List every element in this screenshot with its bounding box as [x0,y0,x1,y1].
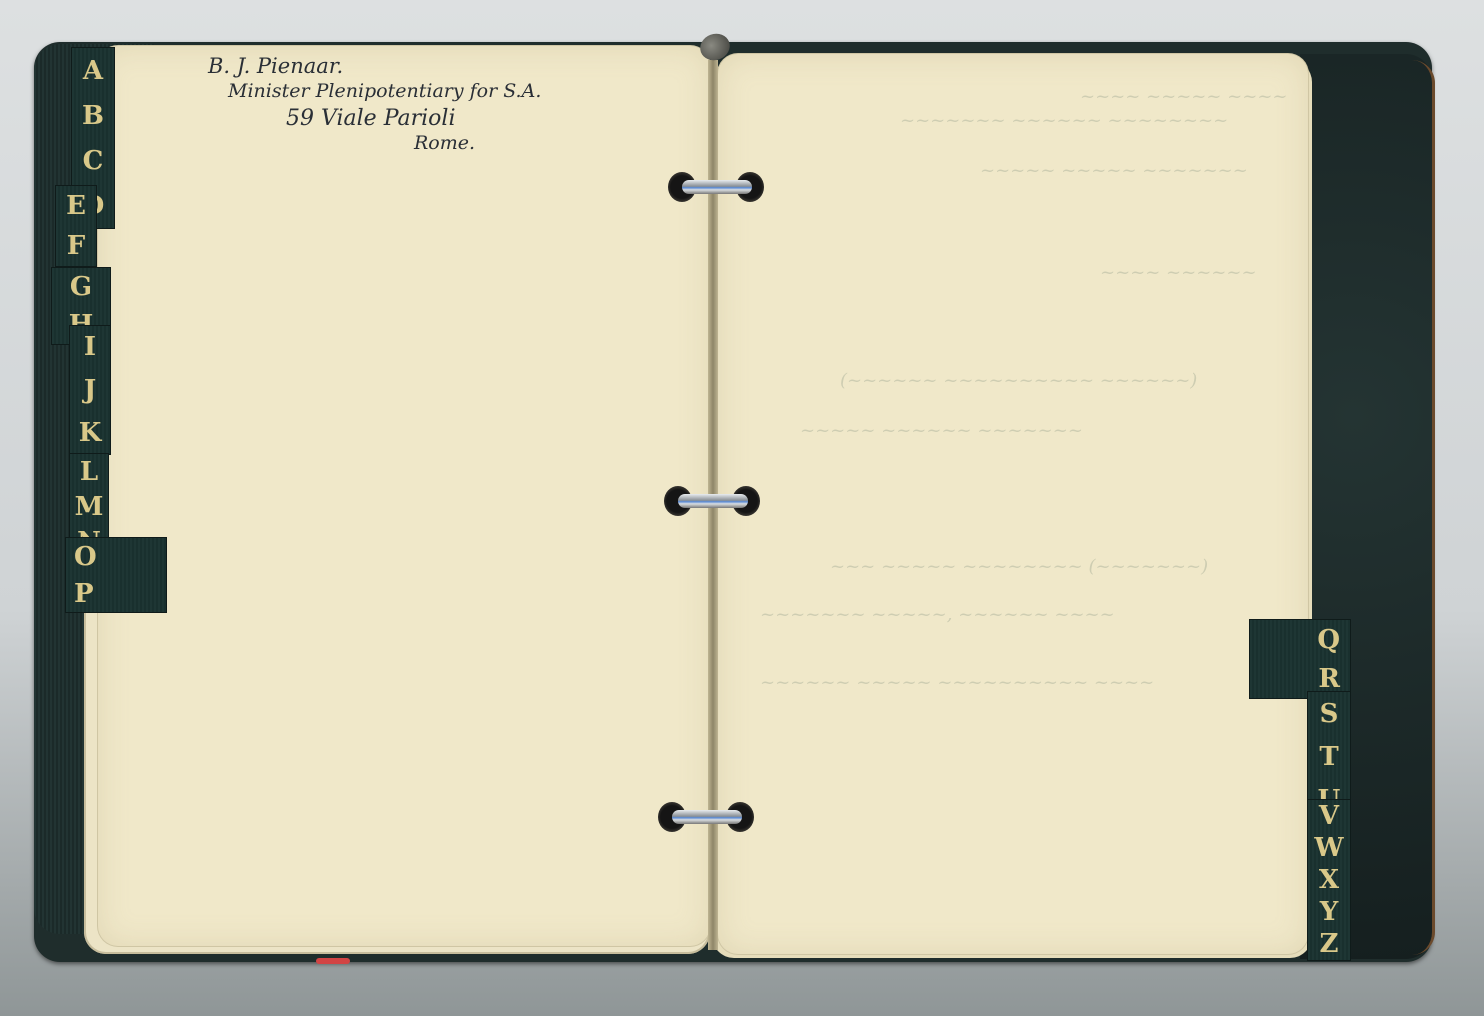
tab-letter: O [74,544,97,570]
bleed-through-text: ~~~~~~~ ~~~~~, ~~~~~~ ~~~~ [760,604,1115,625]
right-page[interactable] [718,54,1308,954]
bleed-through-text: ~~~~ ~~~~~~ [1100,262,1257,283]
index-tab-ef[interactable]: E F [56,186,96,266]
tab-letter: C [83,148,104,174]
tab-letter: W [1314,835,1343,861]
index-tab-qr[interactable]: Q R [1250,620,1350,698]
tab-letter: L [80,459,98,485]
tab-letter: M [75,494,104,520]
tab-letter: I [84,334,96,360]
tab-letter: G [70,274,92,300]
tab-letter: K [79,420,102,446]
entry-name: B. J. Pienaar. [208,54,343,78]
tab-letter: A [83,58,103,84]
index-tab-op[interactable]: O P [66,538,166,612]
bleed-through-text: ~~~~~ ~~~~~~ ~~~~~~~ [800,420,1083,441]
bleed-through-text: ~~~ ~~~~~ ~~~~~~~~ (~~~~~~~) [830,556,1208,577]
ring-metal-icon [672,810,742,824]
binder-ring-icon[interactable] [664,482,764,522]
entry-title: Minister Plenipotentiary for S.A. [228,80,541,102]
bleed-through-text: ~~~~ ~~~~~ ~~~~ [1080,86,1288,107]
binder-ring-icon[interactable] [668,168,768,208]
index-tab-vwxyz[interactable]: V W X Y Z [1308,800,1350,960]
tab-letter: X [1319,867,1339,893]
bleed-through-text: ~~~~~~~ ~~~~~~ ~~~~~~~~ [900,110,1228,131]
tab-letter: Q [1317,627,1340,653]
bleed-through-text: ~~~~~~ ~~~~~ ~~~~~~~~~~ ~~~~ [760,672,1154,693]
red-edge-mark [316,958,350,964]
bleed-through-text: ~~~~~ ~~~~~ ~~~~~~~ [980,160,1248,181]
binder-ring-icon[interactable] [658,798,758,838]
index-tab-ijk[interactable]: I J K [70,326,110,454]
ring-metal-icon [682,180,752,194]
tab-letter: B [82,103,104,129]
tab-letter: R [1318,666,1340,692]
entry-city: Rome. [414,132,475,154]
tab-letter: Y [1320,899,1339,925]
tab-letter: S [1320,701,1339,727]
tab-letter: Z [1320,931,1339,957]
cover-edge-stitching [1412,60,1435,955]
bleed-through-text: (~~~~~~ ~~~~~~~~~~ ~~~~~~) [840,370,1197,391]
tab-letter: F [67,233,85,259]
tab-letter: P [74,581,94,607]
ring-metal-icon [678,494,748,508]
tab-letter: T [1319,744,1338,770]
left-page[interactable] [98,46,710,946]
tab-letter: E [66,193,86,219]
tab-letter: V [1319,803,1339,829]
entry-street: 59 Viale Parioli [286,106,456,131]
tab-letter: J [84,377,96,403]
